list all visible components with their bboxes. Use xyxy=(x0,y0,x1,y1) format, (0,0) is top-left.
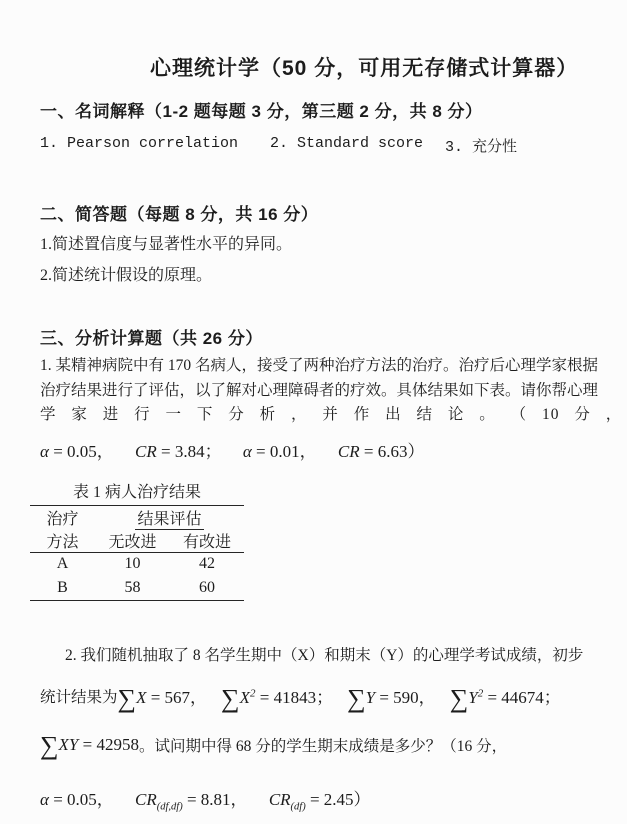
q1-formula-alpha1: α = 0.05， xyxy=(40,442,114,461)
table1-cell-B-no-improvement: 58 xyxy=(95,579,170,597)
sigma-symbol: ∑ xyxy=(347,684,366,713)
table1-header-row1: 治疗 结果评估 xyxy=(30,506,244,529)
table1-bottom-rule xyxy=(30,600,244,601)
table1-cell-A-no-improvement: 10 xyxy=(95,555,170,573)
exam-page: 心理统计学（50 分，可用无存储式计算器） 一、名词解释（1-2 题每题 3 分… xyxy=(0,0,627,824)
q2-formula-cr-dfdf: CR(df,df) = 8.81， xyxy=(135,790,248,809)
q1-formula-line: α = 0.05， CR = 3.84； α = 0.01， CR = 6.63… xyxy=(40,437,587,462)
table1-col-header-2: 有改进 xyxy=(170,529,244,552)
table1-cell-method-B: B xyxy=(30,579,95,597)
q1-paragraph-line3: 学 家 进 行 一 下 分 析 ， 并 作 出 结 论 。 （ 10 分 ， xyxy=(40,403,587,428)
table1-col-header-1: 无改进 xyxy=(95,529,170,552)
q2-lead-text: 统计结果为 xyxy=(40,685,118,707)
section2-heading: 二、简答题（每题 8 分，共 16 分） xyxy=(40,200,587,225)
q2-formula-cr-df: CR(df) = 2.45） xyxy=(269,790,371,809)
table1-cell-method-A: A xyxy=(30,555,95,573)
exam-title: 心理统计学（50 分，可用无存储式计算器） xyxy=(150,52,587,82)
term-item-1: 1. Pearson correlation xyxy=(40,135,270,156)
q1-formula-cr2: CR = 6.63） xyxy=(338,442,425,461)
q1-paragraph-line1: 1. 某精神病院中有 170 名病人，接受了两种治疗方法的治疗。治疗后心理学家根… xyxy=(40,354,587,379)
table1-group-header-cell: 结果评估 xyxy=(95,506,244,529)
table1-header-row2: 方法 无改进 有改进 xyxy=(30,529,244,552)
q2-sum-x2: ∑X2 = 41843； xyxy=(221,683,333,708)
q2-paragraph-line3: ∑XY = 42958 。试问期中得 68 分的学生期末成绩是多少？（16 分， xyxy=(40,727,587,763)
q2-line3-text: 。试问期中得 68 分的学生期末成绩是多少？（16 分， xyxy=(139,734,507,756)
table1-data-row-B: B 58 60 xyxy=(30,576,244,600)
term-item-3: 3. 充分性 xyxy=(445,135,517,156)
table1-cell-B-improvement: 60 xyxy=(170,579,244,597)
short-answer-item-1: 1.简述置信度与显著性水平的异同。 xyxy=(40,234,587,256)
table1-data-row-A: A 10 42 xyxy=(30,553,244,577)
q2-formula-alpha: α = 0.05， xyxy=(40,790,114,809)
short-answer-item-2: 2.简述统计假设的原理。 xyxy=(40,265,587,287)
table1-group-header: 结果评估 xyxy=(135,511,203,530)
q2-sum-x: ∑X = 567， xyxy=(118,683,208,708)
q1-formula-alpha2: α = 0.01， xyxy=(243,442,317,461)
table1-row-header-bottom: 方法 xyxy=(30,529,95,552)
q2-sums-line: 统计结果为 ∑X = 567， ∑X2 = 41843； ∑Y = 590， ∑… xyxy=(40,676,587,716)
table1: 表 1 病人治疗结果 治疗 结果评估 方法 无改进 有改进 A 10 42 B … xyxy=(30,479,244,601)
term-item-2: 2. Standard score xyxy=(270,135,445,156)
q2-sum-y: ∑Y = 590， xyxy=(347,683,436,708)
section1-heading: 一、名词解释（1-2 题每题 3 分，第三题 2 分，共 8 分） xyxy=(40,97,587,122)
sigma-symbol: ∑ xyxy=(221,684,240,713)
table1-cell-A-improvement: 42 xyxy=(170,555,244,573)
q1-paragraph-line2: 治疗结果进行了评估，以了解对心理障碍者的疗效。具体结果如下表。请你帮心理 xyxy=(40,379,587,404)
q2-paragraph-line1: 2. 我们随机抽取了 8 名学生期中（X）和期末（Y）的心理学考试成绩，初步 xyxy=(40,643,587,665)
sigma-symbol: ∑ xyxy=(450,684,469,713)
table1-row-header-top: 治疗 xyxy=(30,506,95,529)
terms-row: 1. Pearson correlation 2. Standard score… xyxy=(40,135,587,156)
q2-sum-y2: ∑Y2 = 44674； xyxy=(450,683,561,708)
sigma-symbol: ∑ xyxy=(40,731,59,760)
q2-formula-line: α = 0.05， CR(df,df) = 8.81， CR(df) = 2.4… xyxy=(40,785,587,812)
q1-formula-cr1: CR = 3.84； xyxy=(135,442,222,461)
q2-sum-xy: ∑XY = 42958 xyxy=(40,735,139,755)
sigma-symbol: ∑ xyxy=(118,684,137,713)
section3-heading: 三、分析计算题（共 26 分） xyxy=(40,324,587,349)
table1-caption: 表 1 病人治疗结果 xyxy=(30,479,244,502)
